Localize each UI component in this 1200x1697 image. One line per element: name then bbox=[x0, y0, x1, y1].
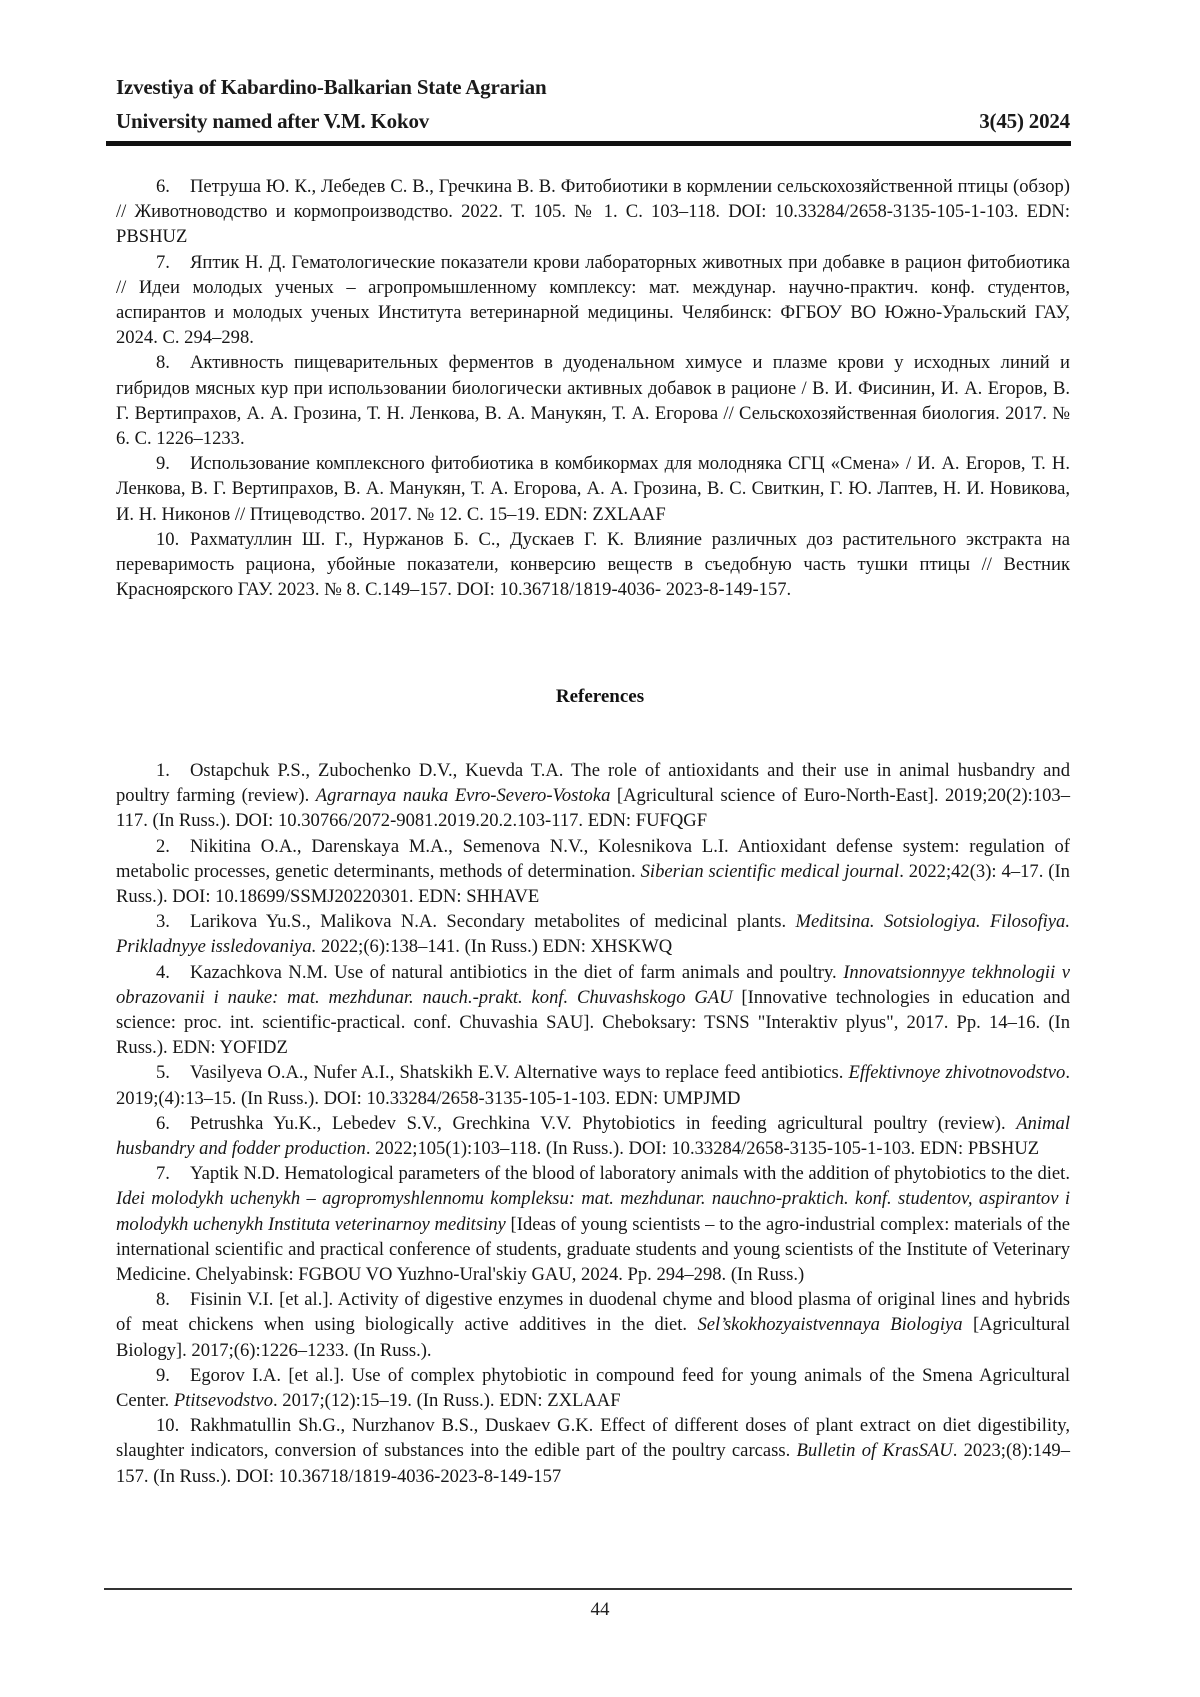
reference-item: 1.Ostapchuk P.S., Zubochenko D.V., Kuevd… bbox=[116, 758, 1070, 834]
reference-text: Использование комплексного фитобиотика в… bbox=[116, 453, 1070, 524]
journal-name: Agrarnaya nauka Evro-Severo-Vostoka bbox=[316, 785, 611, 806]
reference-item: 9.Использование комплексного фитобиотика… bbox=[116, 451, 1070, 527]
reference-item: 3.Larikova Yu.S., Malikova N.A. Secondar… bbox=[116, 909, 1070, 959]
reference-text: Рахматуллин Ш. Г., Нуржанов Б. С., Дуска… bbox=[116, 529, 1070, 600]
reference-item: 8.Активность пищеварительных ферментов в… bbox=[116, 350, 1070, 451]
journal-name: Sel’skokhozyaistvennaya Biologiya bbox=[697, 1314, 962, 1335]
reference-number: 10. bbox=[156, 1413, 190, 1438]
issue-number: 3(45) 2024 bbox=[979, 104, 1070, 138]
reference-number: 4. bbox=[156, 960, 190, 985]
reference-number: 10. bbox=[156, 527, 190, 552]
russian-reference-list: 6.Петруша Ю. К., Лебедев С. В., Гречкина… bbox=[116, 174, 1070, 602]
reference-text: Larikova Yu.S., Malikova N.A. Secondary … bbox=[190, 911, 796, 932]
reference-item: 6.Петруша Ю. К., Лебедев С. В., Гречкина… bbox=[116, 174, 1070, 250]
reference-item: 10.Рахматуллин Ш. Г., Нуржанов Б. С., Ду… bbox=[116, 527, 1070, 603]
reference-text: . 2017;(12):15–19. (In Russ.). EDN: ZXLA… bbox=[273, 1390, 621, 1411]
reference-number: 6. bbox=[156, 174, 190, 199]
reference-number: 9. bbox=[156, 451, 190, 476]
reference-item: 2.Nikitina O.A., Darenskaya M.A., Semeno… bbox=[116, 834, 1070, 910]
reference-item: 6.Petrushka Yu.K., Lebedev S.V., Grechki… bbox=[116, 1111, 1070, 1161]
journal-name: Ptitsevodstvo bbox=[174, 1390, 273, 1411]
reference-number: 7. bbox=[156, 1161, 190, 1186]
reference-item: 9.Egorov I.A. [et al.]. Use of complex p… bbox=[116, 1363, 1070, 1413]
reference-number: 8. bbox=[156, 350, 190, 375]
reference-text: Активность пищеварительных ферментов в д… bbox=[116, 352, 1070, 449]
reference-text: Yaptik N.D. Hematological parameters of … bbox=[190, 1163, 1070, 1184]
footer-divider bbox=[104, 1588, 1072, 1590]
journal-name: Effektivnoye zhivotnovodstvo bbox=[849, 1062, 1066, 1083]
reference-number: 2. bbox=[156, 834, 190, 859]
header-divider bbox=[106, 141, 1071, 146]
journal-title-line2: University named after V.M. Kokov bbox=[116, 104, 429, 138]
reference-text: Яптик Н. Д. Гематологические показатели … bbox=[116, 252, 1070, 349]
reference-item: 8.Fisinin V.I. [et al.]. Activity of dig… bbox=[116, 1287, 1070, 1363]
reference-text: . 2022;105(1):103–118. (In Russ.). DOI: … bbox=[366, 1138, 1039, 1159]
reference-number: 7. bbox=[156, 250, 190, 275]
reference-text: Vasilyeva O.A., Nufer A.I., Shatskikh E.… bbox=[190, 1062, 849, 1083]
english-reference-list: 1.Ostapchuk P.S., Zubochenko D.V., Kuevd… bbox=[116, 758, 1070, 1489]
reference-item: 7.Яптик Н. Д. Гематологические показател… bbox=[116, 250, 1070, 351]
reference-text: Petrushka Yu.K., Lebedev S.V., Grechkina… bbox=[190, 1113, 1016, 1134]
reference-number: 5. bbox=[156, 1060, 190, 1085]
reference-number: 8. bbox=[156, 1287, 190, 1312]
reference-item: 5.Vasilyeva O.A., Nufer A.I., Shatskikh … bbox=[116, 1060, 1070, 1110]
journal-name: Siberian scientific medical journal bbox=[641, 861, 900, 882]
reference-text: Kazachkova N.M. Use of natural antibioti… bbox=[190, 962, 843, 983]
page-number: 44 bbox=[0, 1599, 1200, 1621]
journal-name: Bulletin of KrasSAU bbox=[797, 1440, 953, 1461]
reference-number: 3. bbox=[156, 909, 190, 934]
references-heading: References bbox=[0, 686, 1200, 708]
reference-item: 4.Kazachkova N.M. Use of natural antibio… bbox=[116, 960, 1070, 1061]
reference-item: 7.Yaptik N.D. Hematological parameters o… bbox=[116, 1161, 1070, 1287]
running-header: Izvestiya of Kabardino-Balkarian State A… bbox=[116, 70, 1070, 138]
reference-item: 10.Rakhmatullin Sh.G., Nurzhanov B.S., D… bbox=[116, 1413, 1070, 1489]
journal-page: Izvestiya of Kabardino-Balkarian State A… bbox=[0, 0, 1200, 1697]
reference-text: Петруша Ю. К., Лебедев С. В., Гречкина В… bbox=[116, 176, 1070, 247]
journal-title-line1: Izvestiya of Kabardino-Balkarian State A… bbox=[116, 70, 1070, 104]
reference-number: 6. bbox=[156, 1111, 190, 1136]
reference-number: 9. bbox=[156, 1363, 190, 1388]
reference-number: 1. bbox=[156, 758, 190, 783]
reference-text: 2022;(6):138–141. (In Russ.) EDN: XHSKWQ bbox=[316, 936, 672, 957]
